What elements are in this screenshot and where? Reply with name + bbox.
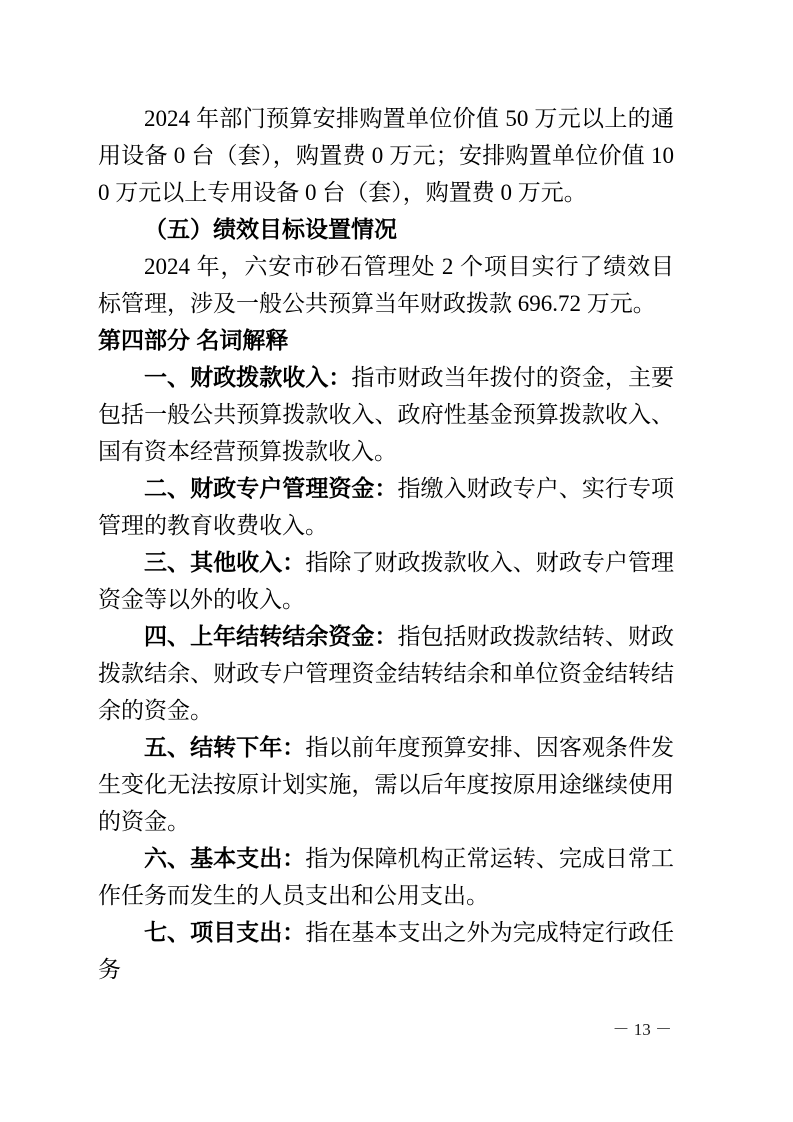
- term-item-5: 五、结转下年：指以前年度预算安排、因客观条件发生变化无法按原计划实施，需以后年度…: [98, 729, 674, 840]
- page-number: － 13 －: [613, 1019, 673, 1041]
- paragraph-equipment-purchase: 2024 年部门预算安排购置单位价值 50 万元以上的通用设备 0 台（套），购…: [98, 100, 674, 211]
- paragraph-performance-targets: 2024 年，六安市砂石管理处 2 个项目实行了绩效目标管理，涉及一般公共预算当…: [98, 248, 674, 322]
- text-block: 2024 年部门预算安排购置单位价值 50 万元以上的通用设备 0 台（套），购…: [98, 100, 674, 988]
- term-item-1: 一、财政拨款收入：指市财政当年拨付的资金，主要包括一般公共预算拨款收入、政府性基…: [98, 359, 674, 470]
- term-item-7: 七、项目支出：指在基本支出之外为完成特定行政任务: [98, 914, 674, 988]
- term-label-7: 七、项目支出：: [144, 919, 305, 945]
- term-label-4: 四、上年结转结余资金：: [144, 623, 398, 649]
- term-item-4: 四、上年结转结余资金：指包括财政拨款结转、财政拨款结余、财政专户管理资金结转结余…: [98, 618, 674, 729]
- document-page: 2024 年部门预算安排购置单位价值 50 万元以上的通用设备 0 台（套），购…: [0, 0, 793, 1122]
- term-label-3: 三、其他收入：: [144, 549, 305, 575]
- subsection-heading-performance-targets: （五）绩效目标设置情况: [98, 211, 674, 248]
- term-item-2: 二、财政专户管理资金：指缴入财政专户、实行专项管理的教育收费收入。: [98, 470, 674, 544]
- term-item-6: 六、基本支出：指为保障机构正常运转、完成日常工作任务而发生的人员支出和公用支出。: [98, 840, 674, 914]
- section-title-glossary: 第四部分 名词解释: [98, 322, 674, 359]
- term-label-5: 五、结转下年：: [144, 734, 305, 760]
- term-label-6: 六、基本支出：: [144, 845, 305, 871]
- term-item-3: 三、其他收入：指除了财政拨款收入、财政专户管理资金等以外的收入。: [98, 544, 674, 618]
- term-label-2: 二、财政专户管理资金：: [144, 475, 398, 501]
- term-label-1: 一、财政拨款收入：: [144, 364, 351, 390]
